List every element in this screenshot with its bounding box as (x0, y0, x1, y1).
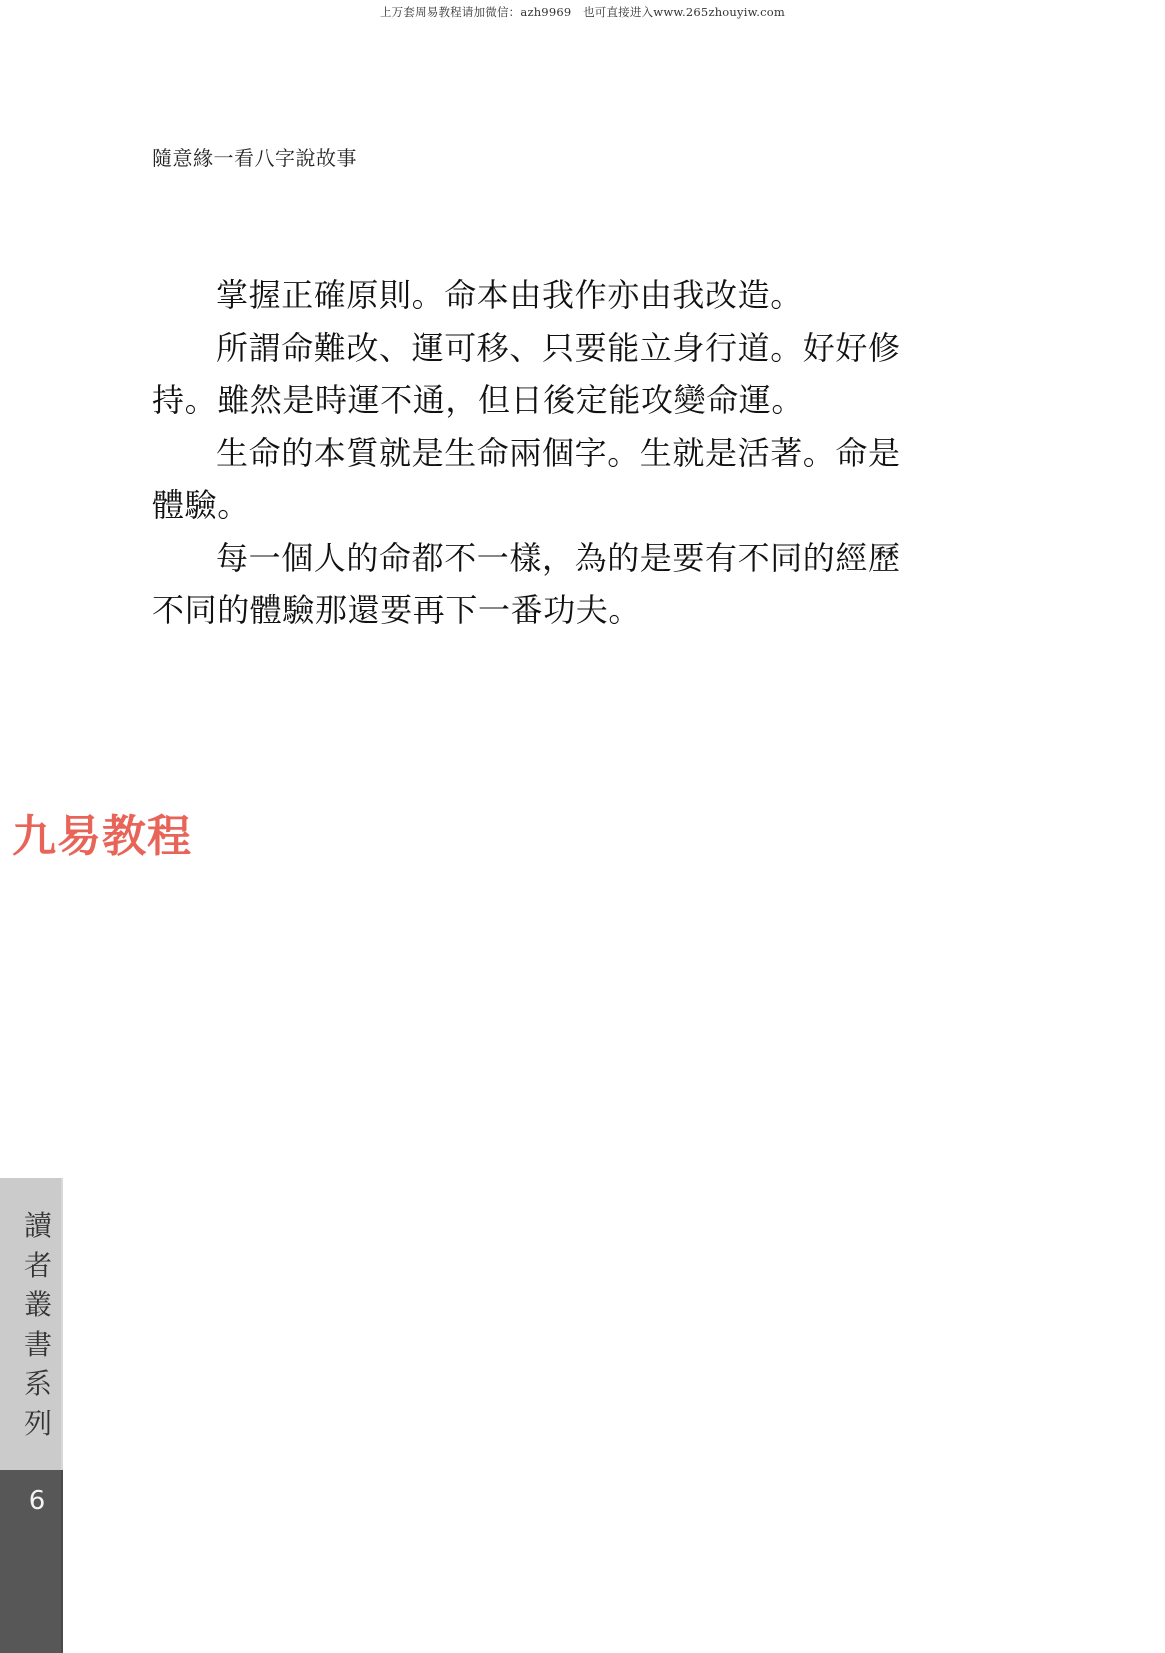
series-label: 讀者叢書系列 (23, 1206, 53, 1443)
body-text: 掌握正確原則。命本由我作亦由我改造。 所謂命難改、運可移、只要能立身行道。好好修… (152, 269, 922, 637)
logo-watermark: 九易教程 (12, 800, 192, 864)
paragraph: 每一個人的命都不一樣，為的是要有不同的經歷不同的體驗那還要再下一番功夫。 (152, 532, 922, 637)
running-header-title: 隨意緣一看八字說故事 (152, 142, 357, 171)
page-number: 6 (0, 1486, 74, 1516)
page-number-tab: 6 (0, 1470, 63, 1653)
top-watermark-text: 上万套周易教程请加微信：azh9969 也可直接进入www.265zhouyiw… (0, 4, 1165, 20)
series-side-tab: 讀者叢書系列 (0, 1178, 63, 1470)
paragraph: 生命的本質就是生命兩個字。生就是活著。命是體驗。 (152, 427, 922, 532)
paragraph: 所謂命難改、運可移、只要能立身行道。好好修持。雖然是時運不通，但日後定能攻變命運… (152, 322, 922, 427)
paragraph: 掌握正確原則。命本由我作亦由我改造。 (152, 269, 922, 322)
